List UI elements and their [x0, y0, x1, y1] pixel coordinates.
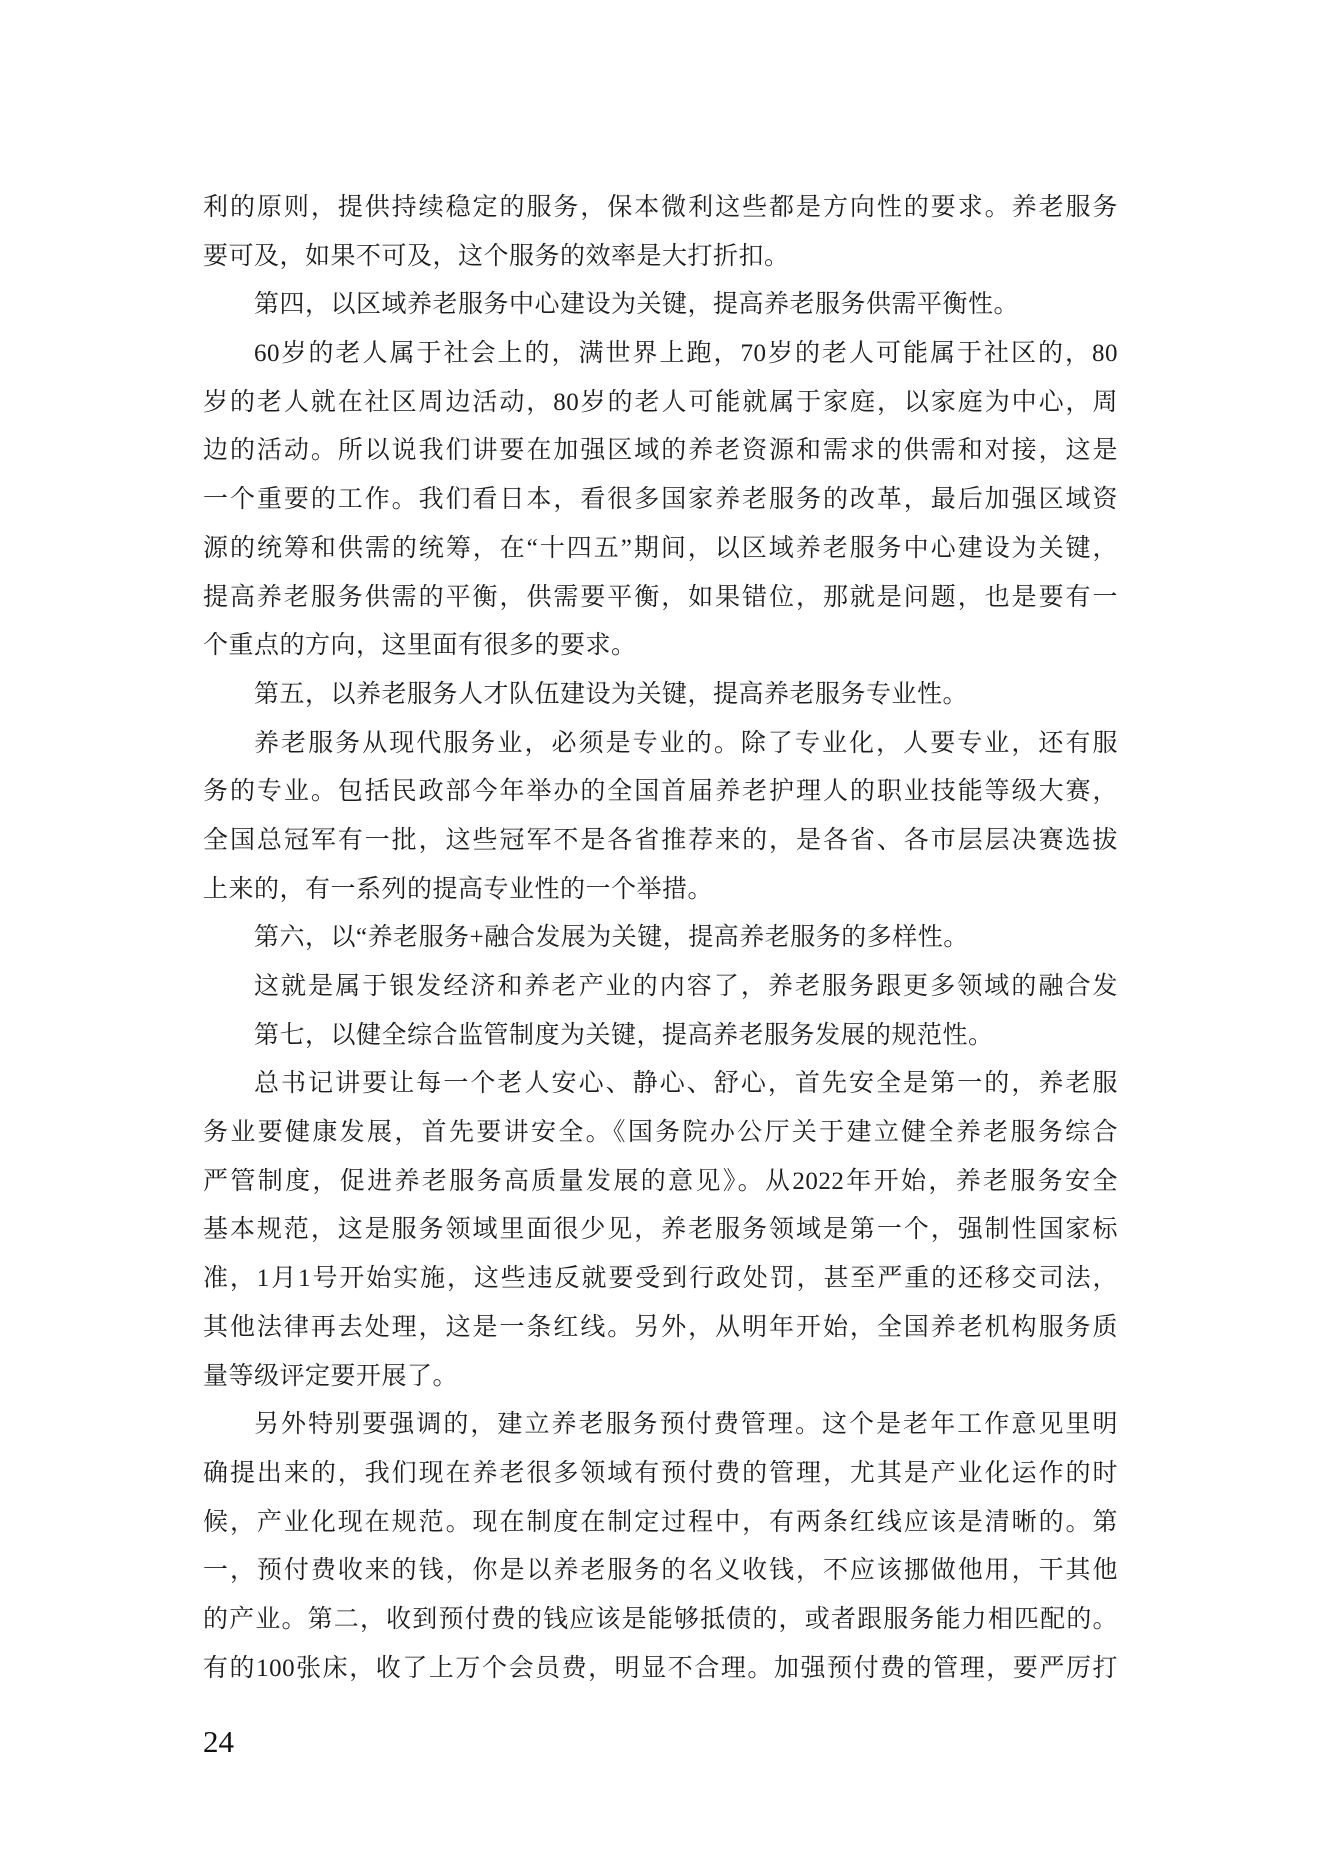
text-line: 严管制度，促进养老服务高质量发展的意见》。从2022年开始，养老服务安全	[203, 1158, 1118, 1207]
text-line: 的产业。第二，收到预付费的钱应该是能够抵债的，或者跟服务能力相匹配的。	[203, 1596, 1118, 1645]
text-line: 准，1月1号开始实施，这些违反就要受到行政处罚，甚至严重的还移交司法，	[203, 1255, 1118, 1304]
text-line: 要可及，如果不可及，这个服务的效率是大打折扣。	[203, 233, 1118, 282]
text-line: 源的统筹和供需的统筹，在“十四五”期间，以区域养老服务中心建设为关键，	[203, 525, 1118, 574]
text-line: 一，预付费收来的钱，你是以养老服务的名义收钱，不应该挪做他用，干其他	[203, 1547, 1118, 1596]
text-line: 个重点的方向，这里面有很多的要求。	[203, 622, 1118, 671]
text-line: 务的专业。包括民政部今年举办的全国首届养老护理人的职业技能等级大赛，	[203, 768, 1118, 817]
text-line: 另外特别要强调的，建立养老服务预付费管理。这个是老年工作意见里明	[203, 1401, 1118, 1450]
text-line: 有的100张床，收了上万个会员费，明显不合理。加强预付费的管理，要严厉打	[203, 1645, 1118, 1694]
document-page: 利的原则，提供持续稳定的服务，保本微利这些都是方向性的要求。养老服务要可及，如果…	[0, 0, 1323, 1871]
text-line: 务业要健康发展，首先要讲安全。《国务院办公厅关于建立健全养老服务综合	[203, 1109, 1118, 1158]
text-line: 全国总冠军有一批，这些冠军不是各省推荐来的，是各省、各市层层决赛选拔	[203, 817, 1118, 866]
text-line: 量等级评定要开展了。	[203, 1353, 1118, 1402]
text-line: 第七，以健全综合监管制度为关键，提高养老服务发展的规范性。	[203, 1012, 1118, 1061]
text-block: 利的原则，提供持续稳定的服务，保本微利这些都是方向性的要求。养老服务要可及，如果…	[203, 184, 1118, 1693]
text-line: 基本规范，这是服务领域里面很少见，养老服务领域是第一个，强制性国家标	[203, 1206, 1118, 1255]
text-line: 确提出来的，我们现在养老很多领域有预付费的管理，尤其是产业化运作的时	[203, 1450, 1118, 1499]
text-line: 第四，以区域养老服务中心建设为关键，提高养老服务供需平衡性。	[203, 281, 1118, 330]
text-line: 总书记讲要让每一个老人安心、静心、舒心，首先安全是第一的，养老服	[203, 1060, 1118, 1109]
text-line: 其他法律再去处理，这是一条红线。另外，从明年开始，全国养老机构服务质	[203, 1304, 1118, 1353]
text-line: 第六，以“养老服务+融合发展为关键，提高养老服务的多样性。	[203, 914, 1118, 963]
text-line: 候，产业化现在规范。现在制度在制定过程中，有两条红线应该是清晰的。第	[203, 1499, 1118, 1548]
text-line: 上来的，有一系列的提高专业性的一个举措。	[203, 866, 1118, 915]
text-line: 边的活动。所以说我们讲要在加强区域的养老资源和需求的供需和对接，这是	[203, 427, 1118, 476]
text-line: 60岁的老人属于社会上的，满世界上跑，70岁的老人可能属于社区的，80	[203, 330, 1118, 379]
text-line: 提高养老服务供需的平衡，供需要平衡，如果错位，那就是问题，也是要有一	[203, 574, 1118, 623]
text-line: 养老服务从现代服务业，必须是专业的。除了专业化，人要专业，还有服	[203, 720, 1118, 769]
text-line: 岁的老人就在社区周边活动，80岁的老人可能就属于家庭，以家庭为中心，周	[203, 379, 1118, 428]
text-line: 这就是属于银发经济和养老产业的内容了，养老服务跟更多领域的融合发展。	[203, 963, 1118, 1012]
text-line: 一个重要的工作。我们看日本，看很多国家养老服务的改革，最后加强区域资	[203, 476, 1118, 525]
text-line: 第五，以养老服务人才队伍建设为关键，提高养老服务专业性。	[203, 671, 1118, 720]
page-number: 24	[203, 1722, 234, 1762]
text-line: 利的原则，提供持续稳定的服务，保本微利这些都是方向性的要求。养老服务	[203, 184, 1118, 233]
